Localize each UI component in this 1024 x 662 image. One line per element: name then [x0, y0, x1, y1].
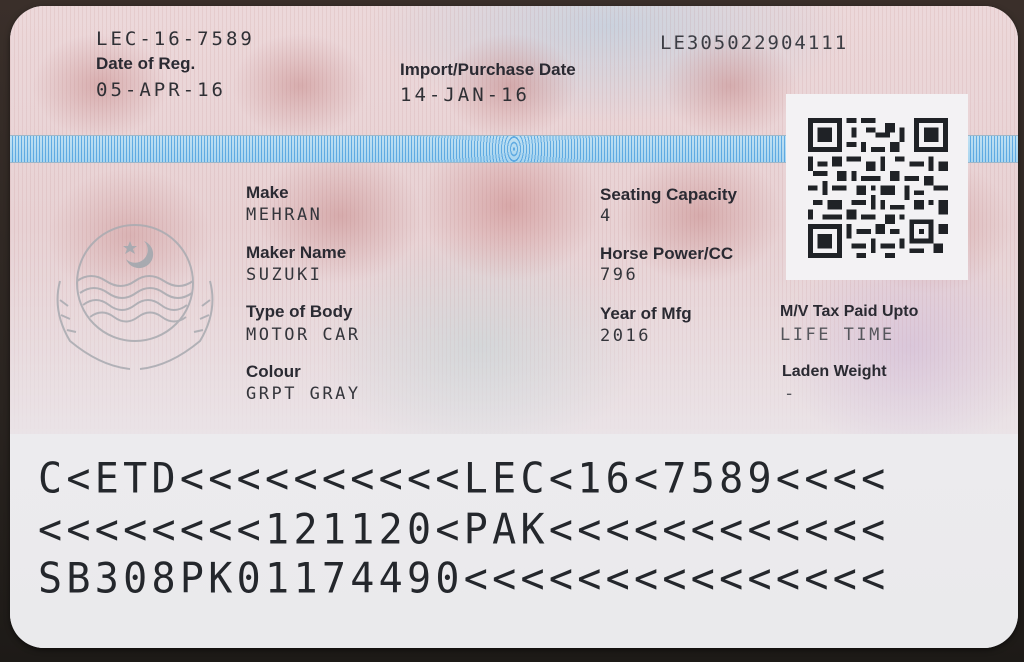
colour-value: GRPT GRAY	[246, 384, 361, 404]
import-purchase-date-label: Import/Purchase Date	[400, 60, 576, 80]
year-of-mfg-label: Year of Mfg	[600, 304, 692, 324]
colour-label: Colour	[246, 362, 301, 382]
maker-name-value: SUZUKI	[246, 265, 322, 285]
mrz-line-2: <<<<<<<<121120<PAK<<<<<<<<<<<<	[38, 506, 889, 554]
date-of-reg-value: 05-APR-16	[96, 79, 226, 101]
punjab-emblem-icon	[40, 211, 230, 381]
type-of-body-value: MOTOR CAR	[246, 325, 361, 345]
type-of-body-label: Type of Body	[246, 302, 352, 322]
laden-weight-label: Laden Weight	[782, 363, 887, 381]
import-purchase-date-value: 14-JAN-16	[400, 84, 530, 106]
date-of-reg-label: Date of Reg.	[96, 54, 195, 74]
laden-weight-value: -	[784, 384, 797, 404]
registration-number: LEC-16-7589	[96, 28, 255, 50]
horse-power-label: Horse Power/CC	[600, 244, 733, 264]
make-label: Make	[246, 183, 289, 203]
mv-tax-label: M/V Tax Paid Upto	[780, 303, 918, 321]
seating-capacity-label: Seating Capacity	[600, 185, 737, 205]
qr-code-icon	[808, 118, 948, 258]
mrz-line-3: SB308PK01174490<<<<<<<<<<<<<<<	[38, 555, 889, 603]
mrz-line-1: C<ETD<<<<<<<<<<LEC<16<7589<<<<	[38, 455, 889, 503]
horse-power-value: 796	[600, 265, 638, 285]
year-of-mfg-value: 2016	[600, 326, 651, 346]
make-value: MEHRAN	[246, 205, 322, 225]
seating-capacity-value: 4	[600, 206, 613, 226]
serial-number: LE305022904111	[660, 32, 848, 54]
registration-card: LEC-16-7589 Date of Reg. 05-APR-16 Impor…	[10, 6, 1018, 648]
maker-name-label: Maker Name	[246, 243, 346, 263]
mv-tax-value: LIFE TIME	[780, 325, 895, 345]
qr-code-box	[786, 94, 968, 280]
